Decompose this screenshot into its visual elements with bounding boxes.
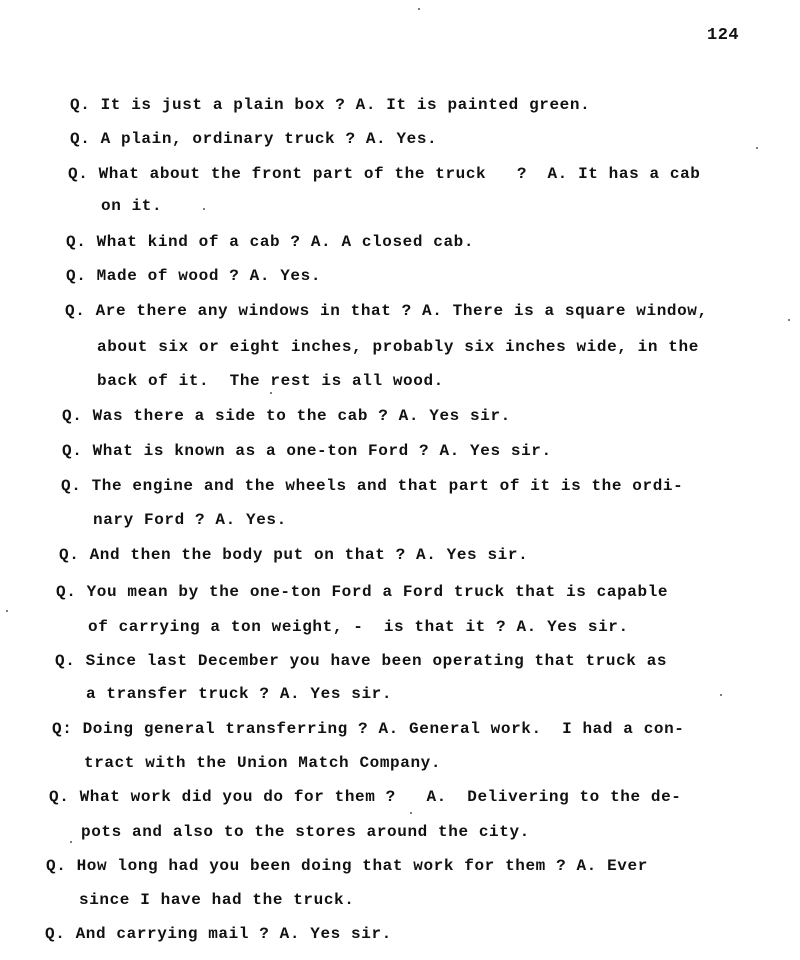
transcript-line: Q. And then the body put on that ? A. Ye… [59, 545, 528, 565]
scan-speck [418, 8, 420, 10]
scan-speck [203, 208, 205, 210]
page-number: 124 [707, 26, 739, 45]
transcript-line-continuation: of carrying a ton weight, - is that it ?… [88, 617, 629, 637]
transcript-line: Q. Made of wood ? A. Yes. [66, 266, 321, 286]
scan-speck [756, 147, 758, 149]
transcript-line: Q. What work did you do for them ? A. De… [49, 787, 682, 807]
scan-speck [70, 841, 72, 843]
scan-speck [270, 392, 272, 394]
transcript-line-continuation: nary Ford ? A. Yes. [93, 510, 287, 530]
transcript-line: Q. Are there any windows in that ? A. Th… [65, 301, 708, 321]
transcript-line: Q. What about the front part of the truc… [68, 164, 701, 184]
transcript-line-continuation: a transfer truck ? A. Yes sir. [86, 684, 392, 704]
transcript-line: Q. It is just a plain box ? A. It is pai… [70, 95, 590, 115]
scan-speck [410, 812, 412, 814]
transcript-line: Q. Since last December you have been ope… [55, 651, 667, 671]
transcript-line: Q. A plain, ordinary truck ? A. Yes. [70, 129, 437, 149]
scan-speck [6, 610, 8, 612]
scan-speck [788, 319, 790, 321]
transcript-line-continuation: on it. [101, 196, 162, 216]
transcript-line: Q. You mean by the one-ton Ford a Ford t… [56, 582, 668, 602]
transcript-line: Q. Was there a side to the cab ? A. Yes … [62, 406, 511, 426]
transcript-line: Q. What is known as a one-ton Ford ? A. … [62, 441, 552, 461]
transcript-line: Q. What kind of a cab ? A. A closed cab. [66, 232, 474, 252]
scan-speck [270, 446, 272, 448]
transcript-line-continuation: back of it. The rest is all wood. [97, 371, 444, 391]
transcript-line-continuation: pots and also to the stores around the c… [81, 822, 530, 842]
document-page: 124 Q. It is just a plain box ? A. It is… [0, 0, 800, 960]
transcript-line: Q: Doing general transferring ? A. Gener… [52, 719, 685, 739]
transcript-line: Q. How long had you been doing that work… [46, 856, 648, 876]
scan-speck [720, 694, 722, 696]
transcript-line: Q. And carrying mail ? A. Yes sir. [45, 924, 392, 944]
transcript-line-continuation: since I have had the truck. [79, 890, 354, 910]
transcript-line-continuation: about six or eight inches, probably six … [97, 337, 699, 357]
transcript-line-continuation: tract with the Union Match Company. [84, 753, 441, 773]
transcript-line: Q. The engine and the wheels and that pa… [61, 476, 683, 496]
